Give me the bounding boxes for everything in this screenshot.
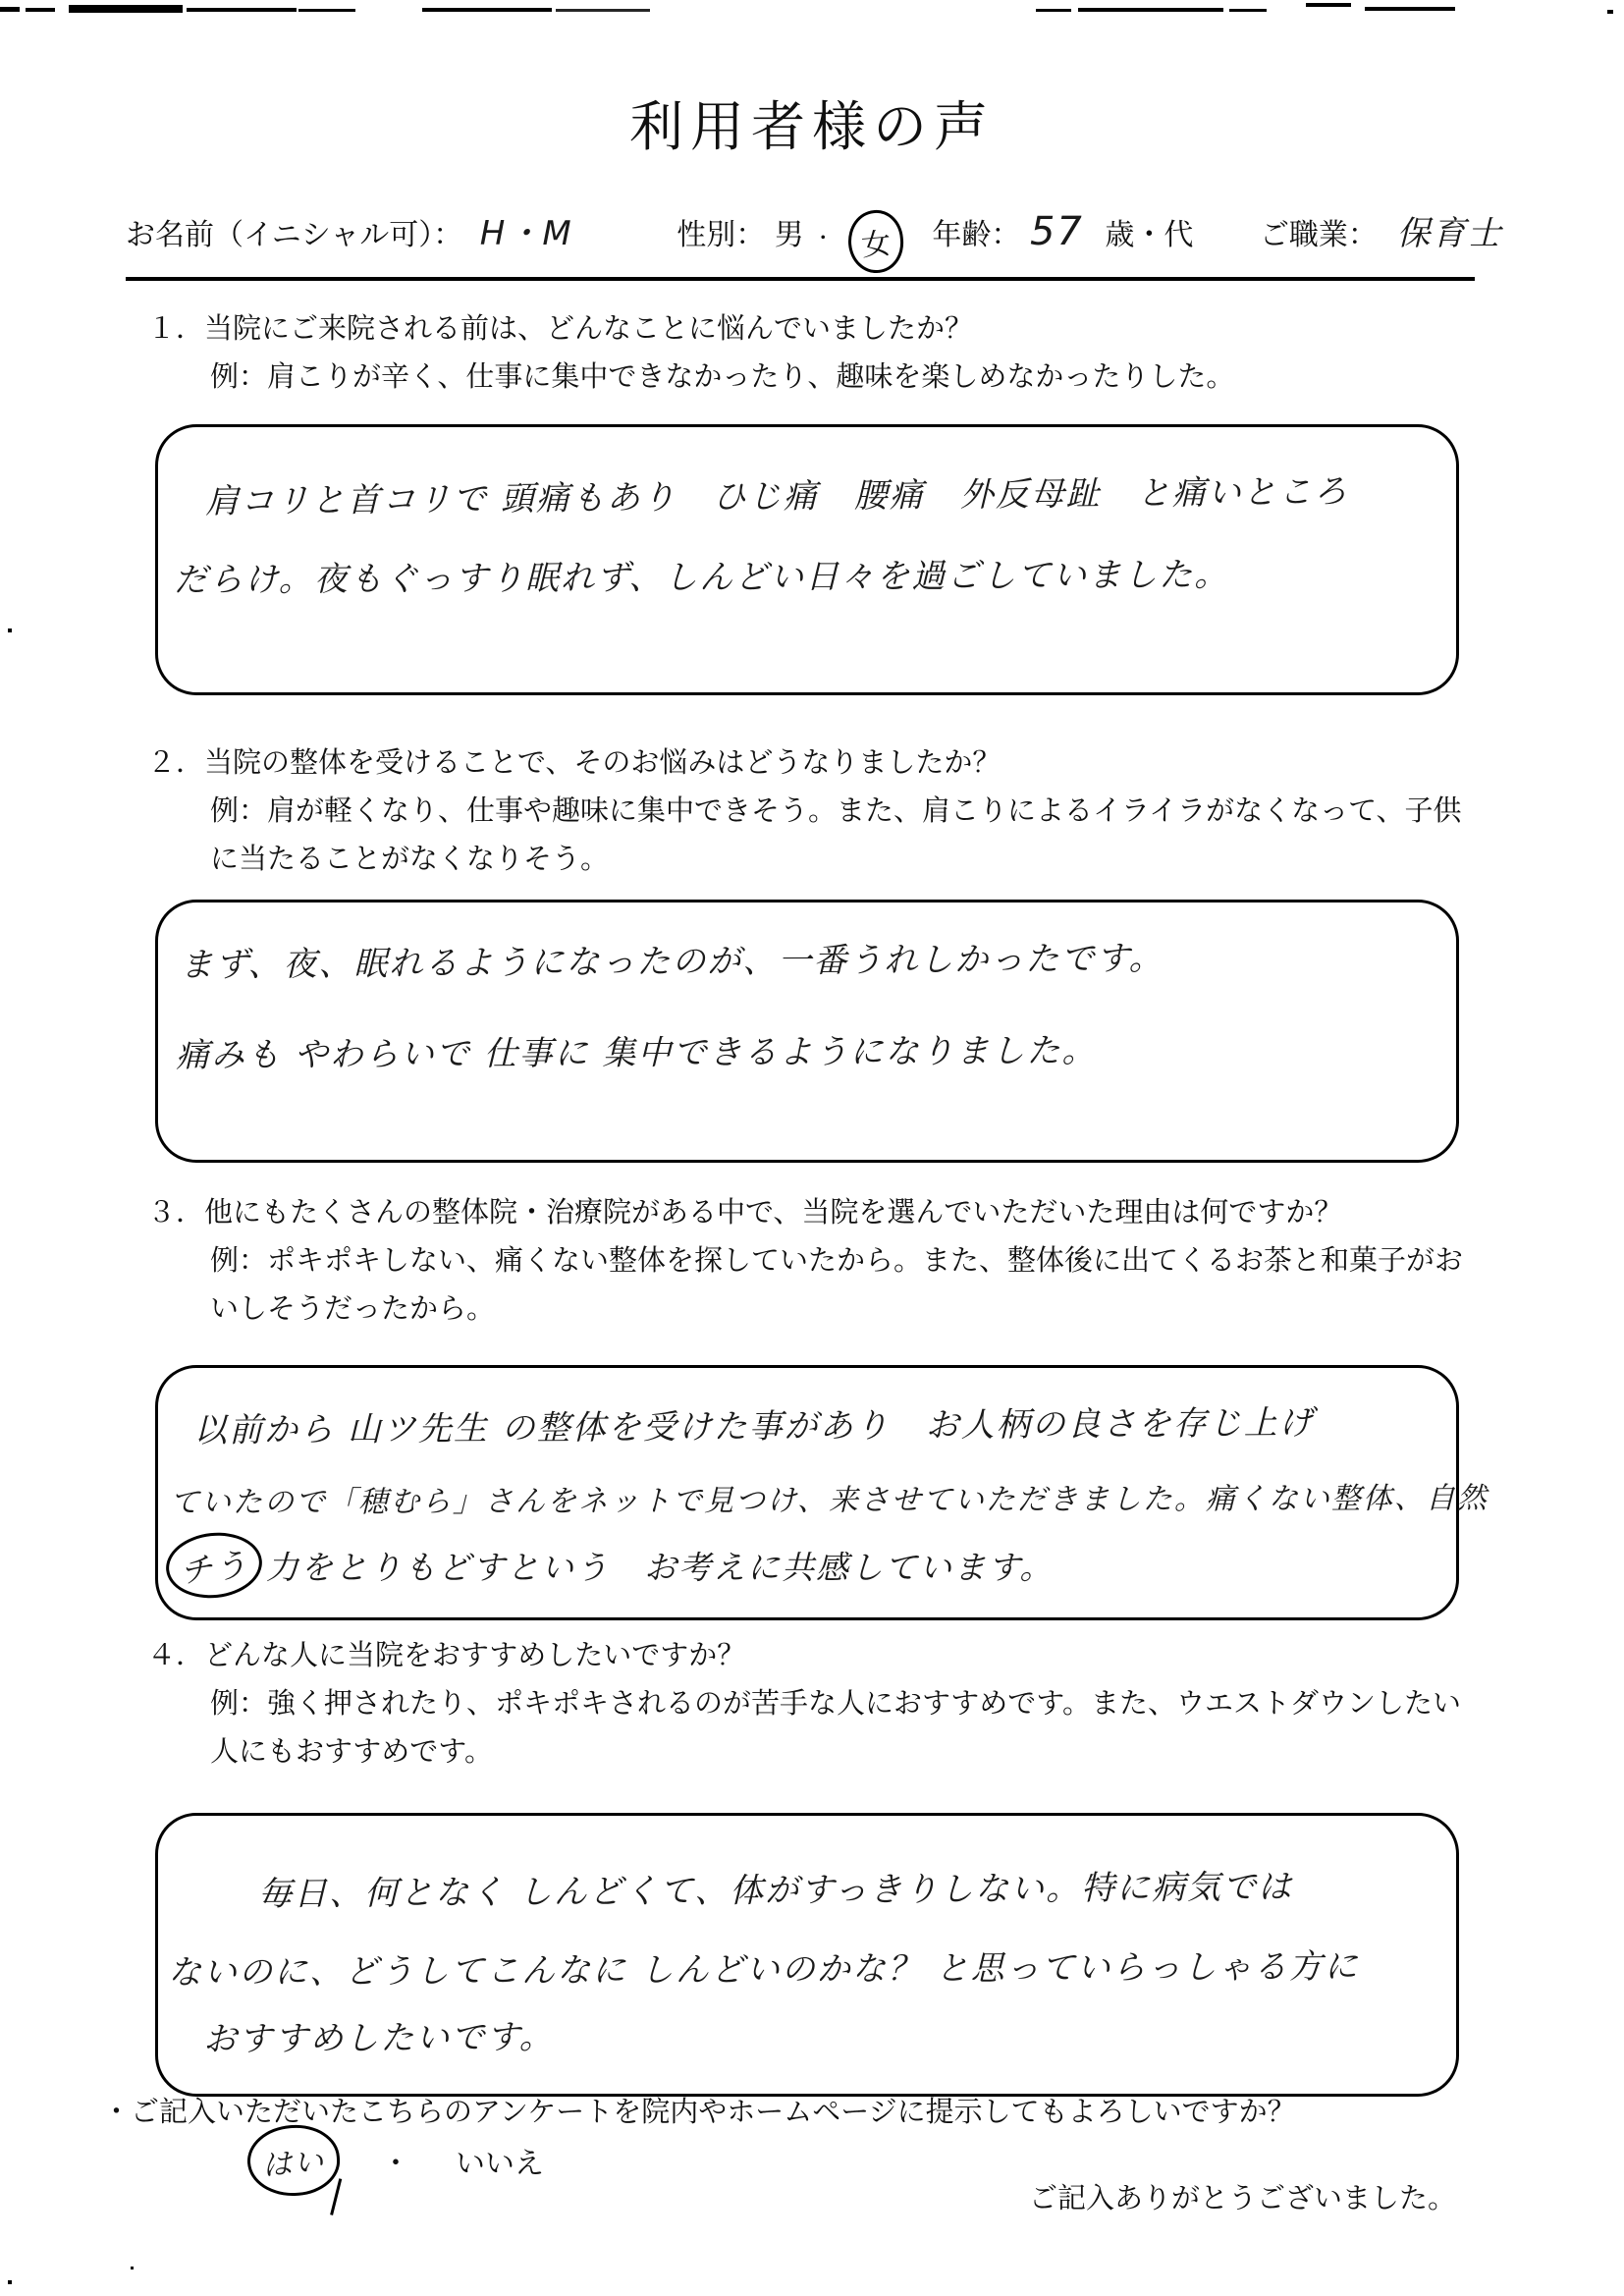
answer-2-line-2: 痛みも やわらいで 仕事に 集中できるようになりました。	[176, 1023, 1098, 1076]
question-3-text: ３．他にもたくさんの整体院・治療院がある中で、当院を選んでいただいた理由は何です…	[147, 1188, 1463, 1236]
gender-female-circle: 女	[845, 208, 905, 276]
profile-row: お名前（イニシャル可）： H・M 性別： 男 ・ 女 年齢： 57 歳・代 ご職…	[126, 200, 1475, 281]
scan-artifact	[8, 2280, 12, 2284]
scan-artifact	[1306, 3, 1351, 7]
answer-3-line-1: 以前から 山ツ先生 の整体を受けた事があり お人柄の良さを存じ上げ	[193, 1395, 1315, 1451]
question-1-text: １．当院にご来院される前は、どんなことに悩んでいましたか？	[147, 304, 1234, 353]
answer-4-line-3: おすすめしたいです。	[203, 2010, 555, 2060]
answer-3-tail: 力をとりもどすという お考えに共感しています。	[266, 1549, 1054, 1587]
answer-box-3: 以前から 山ツ先生 の整体を受けた事があり お人柄の良さを存じ上げ ていたので「…	[155, 1365, 1459, 1620]
scan-artifact	[69, 5, 183, 13]
age-unit: 歳・代	[1105, 210, 1193, 253]
gender-female: 女	[859, 219, 893, 264]
answer-4-line-2: ないのに、どうしてこんなに しんどいのかな？ と思っていらっしゃる方に	[168, 1940, 1360, 1994]
job-label: ご職業：	[1260, 210, 1378, 253]
page-title: 利用者様の声	[0, 83, 1624, 161]
scan-artifact	[1365, 7, 1455, 11]
scan-artifact	[298, 9, 355, 12]
consent-options: はい ・ いいえ	[247, 2125, 544, 2196]
answer-4-line-1: 毎日、何となく しんどくて、体がすっきりしない。特に病気では	[258, 1860, 1293, 1915]
question-4-text: ４．どんな人に当院をおすすめしたいですか？	[147, 1631, 1461, 1679]
thanks-note: ご記入ありがとうございました。	[1029, 2176, 1456, 2216]
scan-artifact	[1036, 9, 1071, 12]
answer-3-line-2: ていたので「穂むら」さんをネットで見つけ、来させていただきました。痛くない整体、…	[170, 1473, 1489, 1521]
answer-3-line-3: チう 力をとりもどすという お考えに共感しています。	[166, 1533, 1054, 1598]
question-2-example-line-2: に当たることがなくなりそう。	[210, 835, 1462, 883]
answer-1-line-2: だらけ。夜もぐっすり眠れず、しんどい日々を過ごしていました。	[174, 547, 1229, 601]
question-4: ４．どんな人に当院をおすすめしたいですか？ 例：強く押されたり、ポキポキされるの…	[147, 1631, 1461, 1776]
age-value: 57	[1030, 209, 1084, 254]
question-1-example: 例：肩こりが辛く、仕事に集中できなかったり、趣味を楽しめなかったりした。	[210, 353, 1234, 401]
answer-1-line-1: 肩コリと首コリで 頭痛もあり ひじ痛 腰痛 外反母趾 と痛いところ	[205, 465, 1349, 522]
answer-2-line-1: まず、夜、眠れるようになったのが、一番うれしかったです。	[180, 931, 1164, 986]
gender-separator: ・	[813, 226, 833, 249]
consent-yes: はい	[261, 2137, 327, 2184]
scan-artifact	[1229, 9, 1267, 12]
question-1: １．当院にご来院される前は、どんなことに悩んでいましたか？ 例：肩こりが辛く、仕…	[147, 304, 1234, 401]
scan-artifact	[1078, 8, 1223, 12]
name-label: お名前（イニシャル可）：	[126, 210, 462, 253]
question-3-example-line-2: いしそうだったから。	[210, 1285, 1463, 1333]
question-3: ３．他にもたくさんの整体院・治療院がある中で、当院を選んでいただいた理由は何です…	[147, 1188, 1463, 1333]
scan-artifact	[187, 8, 297, 12]
gender-male: 男	[775, 218, 804, 252]
question-3-example-line-1: 例：ポキポキしない、痛くない整体を探していたから。また、整体後に出てくるお茶と和…	[210, 1236, 1463, 1285]
scan-artifact	[26, 8, 55, 12]
question-2: ２．当院の整体を受けることで、そのお悩みはどうなりましたか？ 例：肩が軽くなり、…	[147, 738, 1462, 883]
question-4-example-line-1: 例：強く押されたり、ポキポキされるのが苦手な人におすすめです。また、ウエストダウ…	[210, 1679, 1461, 1727]
consent-separator: ・	[381, 2139, 410, 2182]
answer-box-4: 毎日、何となく しんどくて、体がすっきりしない。特に病気では ないのに、どうして…	[155, 1813, 1459, 2097]
scanned-survey-page: 利用者様の声 お名前（イニシャル可）： H・M 性別： 男 ・ 女 年齢： 57…	[0, 0, 1624, 2296]
scan-artifact	[8, 629, 12, 632]
scan-artifact	[1607, 10, 1613, 14]
age-label: 年齢：	[932, 210, 1020, 253]
job-value: 保育士	[1396, 214, 1502, 253]
question-2-text: ２．当院の整体を受けることで、そのお悩みはどうなりましたか？	[147, 738, 1462, 787]
consent-yes-circle: はい	[245, 2122, 343, 2199]
gender-label: 性別：	[677, 210, 765, 253]
healing-power-circle: チう	[163, 1528, 265, 1603]
answer-box-1: 肩コリと首コリで 頭痛もあり ひじ痛 腰痛 外反母趾 と痛いところ だらけ。夜も…	[155, 424, 1459, 695]
scan-artifact	[422, 8, 552, 12]
answer-box-2: まず、夜、眠れるようになったのが、一番うれしかったです。 痛みも やわらいで 仕…	[155, 900, 1459, 1163]
question-4-example-line-2: 人にもおすすめです。	[210, 1727, 1461, 1776]
scan-artifact	[0, 7, 20, 12]
consent-no: いいえ	[456, 2139, 544, 2182]
scan-artifact	[131, 2267, 134, 2269]
question-2-example-line-1: 例：肩が軽くなり、仕事や趣味に集中できそう。また、肩こりによるイライラがなくなっ…	[210, 787, 1462, 835]
answer-3-circled-text: チう	[178, 1539, 251, 1592]
name-value: H・M	[480, 214, 573, 253]
scan-artifact	[556, 9, 650, 12]
consent-question: ・ご記入いただいたこちらのアンケートを院内やホームページに提示してもよろしいです…	[102, 2090, 1296, 2130]
